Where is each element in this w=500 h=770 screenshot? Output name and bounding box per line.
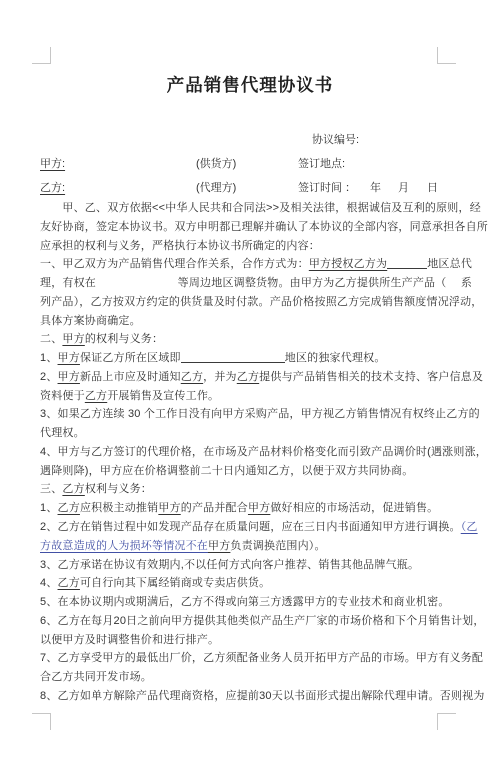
doc-line: 6、乙方在每月20日之前向甲方提供其他类似产品生产厂家的市场价格和下个月销售计划… xyxy=(40,612,470,631)
text-run: 开展销售及宣传工作。 xyxy=(107,390,219,402)
text-run: 5、在本协议期内或期满后，乙方不得或向第三方透露甲方的专业技术和商业机密。 xyxy=(40,596,450,608)
text-run: 列产品），乙方按双方约定的供货量及时付款。产品价格按照乙方完成销售额度情况浮动， xyxy=(40,296,483,308)
text-run: 应积极主动推销 xyxy=(80,502,158,514)
text-run: 甲方 xyxy=(62,333,84,345)
text-run: 的产品并配合 xyxy=(181,502,248,514)
document-title: 产品销售代理协议书 xyxy=(0,72,500,97)
margin-mark-bottom-left xyxy=(32,713,51,730)
sign-time-month-label: 月 xyxy=(398,181,409,195)
document-body: 甲、乙、双方依据<<中华人民共和合同法>>及相关法律，根据诚信及互利的原则，经友… xyxy=(40,199,470,706)
text-run: 具体方案协商确定。 xyxy=(40,315,141,327)
text-run: 乙方 xyxy=(237,371,259,383)
doc-line: 1、甲方保证乙方所在区域即地区的独家代理权。 xyxy=(40,349,470,368)
text-run: 地区总代 xyxy=(427,258,472,270)
text-run: 合乙方共同开发市场。 xyxy=(40,671,152,683)
text-run: 3、如果乙方连续 30 个工作日没有向甲方采购产品，甲方视乙方销售情况有权终止乙… xyxy=(40,408,480,420)
text-run: 8、乙方如单方解除产品代理商资格，应提前30天以书面形式提出解除代理申请。否则视… xyxy=(40,690,485,702)
text-run: 甲方 xyxy=(158,502,180,514)
doc-line: 8、乙方如单方解除产品代理商资格，应提前30天以书面形式提出解除代理申请。否则视… xyxy=(40,687,470,706)
margin-mark-top-left xyxy=(32,47,51,64)
text-run: 地区的独家代理权。 xyxy=(285,352,386,364)
text-run: 甲、乙、双方依据<<中华人民共和合同法>>及相关法律，根据诚信及互利的原则，经 xyxy=(40,202,481,214)
doc-line: 理，有权在 等周边地区调整货物。由甲方为乙方提供所生产产品（ 系 xyxy=(40,274,470,293)
text-run: 负责调换范围内）。 xyxy=(230,540,325,552)
doc-line: 2、乙方在销售过程中如发现产品存在质量问题，应在三日内书面通知甲方进行调换。（乙 xyxy=(40,518,470,537)
party-a-label: 甲方: xyxy=(40,157,65,171)
text-run: 1、 xyxy=(40,352,58,364)
doc-line: 3、如果乙方连续 30 个工作日没有向甲方采购产品，甲方视乙方销售情况有权终止乙… xyxy=(40,405,470,424)
sign-time-label: 签订时间 ： xyxy=(298,181,356,195)
blank-underline xyxy=(181,358,285,363)
sign-time-year-label: 年 xyxy=(370,181,381,195)
text-run: 一、甲乙双方为产品销售代理合作关系，合作方式为： xyxy=(40,258,309,270)
text-run: 2、乙方在销售过程中如发现产品存在质量问题，应在三日内书面通知甲方进行调换。 xyxy=(40,521,461,533)
doc-line: 1、乙方应积极主动推销甲方的产品并配合甲方做好相应的市场活动，促进销售。 xyxy=(40,499,470,518)
party-a-role: (供货方) xyxy=(196,157,236,171)
doc-line: 4、甲方与乙方签订的代理价格，在市场及产品材料价格变化而引致产品调价时(遇涨则涨… xyxy=(40,443,470,462)
doc-line: 2、甲方新品上市应及时通知乙方，并为乙方提供与产品销售相关的技术支持、客户信息及 xyxy=(40,368,470,387)
doc-line: 遇降则降)，甲方应在价格调整前二十日内通知乙方，以便于双方共同协商。 xyxy=(40,462,470,481)
text-run: 新品上市应及时通知 xyxy=(80,371,181,383)
text-run: 7、乙方享受甲方的最低出厂价，乙方须配备业务人员开拓甲方产品的市场。甲方有义务配 xyxy=(40,652,483,664)
text-run: 的权利与义务： xyxy=(85,333,163,345)
doc-line: 资料便于乙方开展销售及宣传工作。 xyxy=(40,387,470,406)
doc-line: 三、乙方权利与义务： xyxy=(40,480,470,499)
blank-underline xyxy=(387,264,427,269)
doc-line: 代理权。 xyxy=(40,424,470,443)
text-run: 提供与产品销售相关的技术支持、客户信息及 xyxy=(259,371,483,383)
text-run: 1、 xyxy=(40,502,58,514)
doc-line: 4、乙方可自行向其下属经销商或专卖店供货。 xyxy=(40,574,470,593)
text-run: 甲方 xyxy=(208,540,230,552)
sign-place-label: 签订地点: xyxy=(298,157,345,171)
text-run: 遇降则降)，甲方应在价格调整前二十日内通知乙方，以便于双方共同协商。 xyxy=(40,465,413,477)
party-b-role: (代理方) xyxy=(196,181,236,195)
doc-line: 友好协商，签定本协议书。双方申明都已理解并确认了本协议的全部内容，同意承担各自所 xyxy=(40,218,470,237)
sign-time-day-label: 日 xyxy=(427,181,438,195)
agreement-number-label: 协议编号: xyxy=(312,133,359,147)
text-run: 乙方 xyxy=(62,483,84,495)
text-run: 保证乙方所在区域即 xyxy=(80,352,181,364)
text-run: 甲方 xyxy=(248,502,270,514)
doc-line: 方故意造成的人为损坏等情况不在甲方负责调换范围内）。 xyxy=(40,537,470,556)
text-run: 方故意造成的人为损坏等情况不在 xyxy=(40,540,208,552)
text-run: 理，有权在 等周边地区调整货物。由甲方为乙方提供所生产产品（ 系 xyxy=(40,277,472,289)
margin-mark-top-right xyxy=(437,47,456,64)
doc-line: 二、甲方的权利与义务： xyxy=(40,330,470,349)
text-run: 二、 xyxy=(40,333,62,345)
text-run: 甲方授权乙方为 xyxy=(309,258,387,270)
text-run: 乙方 xyxy=(58,502,80,514)
text-run: 甲方 xyxy=(58,352,80,364)
text-run: 乙方 xyxy=(181,371,203,383)
text-run: 3、乙方承诺在协议有效期内,不以任何方式向客户推荐、销售其他品牌气瓶。 xyxy=(40,559,419,571)
doc-line: 一、甲乙双方为产品销售代理合作关系，合作方式为：甲方授权乙方为地区总代 xyxy=(40,255,470,274)
doc-line: 5、在本协议期内或期满后，乙方不得或向第三方透露甲方的专业技术和商业机密。 xyxy=(40,593,470,612)
text-run: 资料便于 xyxy=(40,390,85,402)
doc-line: 合乙方共同开发市场。 xyxy=(40,668,470,687)
text-run: 应承担的权利与义务，严格执行本协议书所确定的内容： xyxy=(40,240,320,252)
text-run: 做好相应的市场活动，促进销售。 xyxy=(270,502,438,514)
text-run: 友好协商，签定本协议书。双方申明都已理解并确认了本协议的全部内容，同意承担各自所 xyxy=(40,221,488,233)
text-run: 可自行向其下属经销商或专卖店供货。 xyxy=(80,577,270,589)
doc-line: 以便甲方及时调整售价和进行排产。 xyxy=(40,631,470,650)
text-run: 2、 xyxy=(40,371,58,383)
text-run: 甲方 xyxy=(58,371,80,383)
text-run: 4、甲方与乙方签订的代理价格，在市场及产品材料价格变化而引致产品调价时(遇涨则涨… xyxy=(40,446,487,458)
text-run: 6、乙方在每月20日之前向甲方提供其他类似产品生产厂家的市场价格和下个月销售计划… xyxy=(40,615,485,627)
doc-line: 甲、乙、双方依据<<中华人民共和合同法>>及相关法律，根据诚信及互利的原则，经 xyxy=(40,199,470,218)
text-run: 以便甲方及时调整售价和进行排产。 xyxy=(40,634,219,646)
text-run: 乙方 xyxy=(58,577,80,589)
party-b-label: 乙方: xyxy=(40,181,65,195)
doc-line: 具体方案协商确定。 xyxy=(40,312,470,331)
doc-line: 3、乙方承诺在协议有效期内,不以任何方式向客户推荐、销售其他品牌气瓶。 xyxy=(40,556,470,575)
doc-line: 应承担的权利与义务，严格执行本协议书所确定的内容： xyxy=(40,237,470,256)
text-run: （乙 xyxy=(461,521,478,533)
text-run: 三、 xyxy=(40,483,62,495)
margin-mark-bottom-right xyxy=(437,713,456,730)
text-run: 乙方 xyxy=(85,390,107,402)
text-run: 4、 xyxy=(40,577,58,589)
text-run: 权利与义务： xyxy=(85,483,152,495)
document-page: 产品销售代理协议书 协议编号: 甲方: (供货方) 签订地点: 乙方: (代理方… xyxy=(0,0,500,770)
doc-line: 7、乙方享受甲方的最低出厂价，乙方须配备业务人员开拓甲方产品的市场。甲方有义务配 xyxy=(40,649,470,668)
text-run: ，并为 xyxy=(203,371,237,383)
doc-line: 列产品），乙方按双方约定的供货量及时付款。产品价格按照乙方完成销售额度情况浮动， xyxy=(40,293,470,312)
text-run: 代理权。 xyxy=(40,427,85,439)
